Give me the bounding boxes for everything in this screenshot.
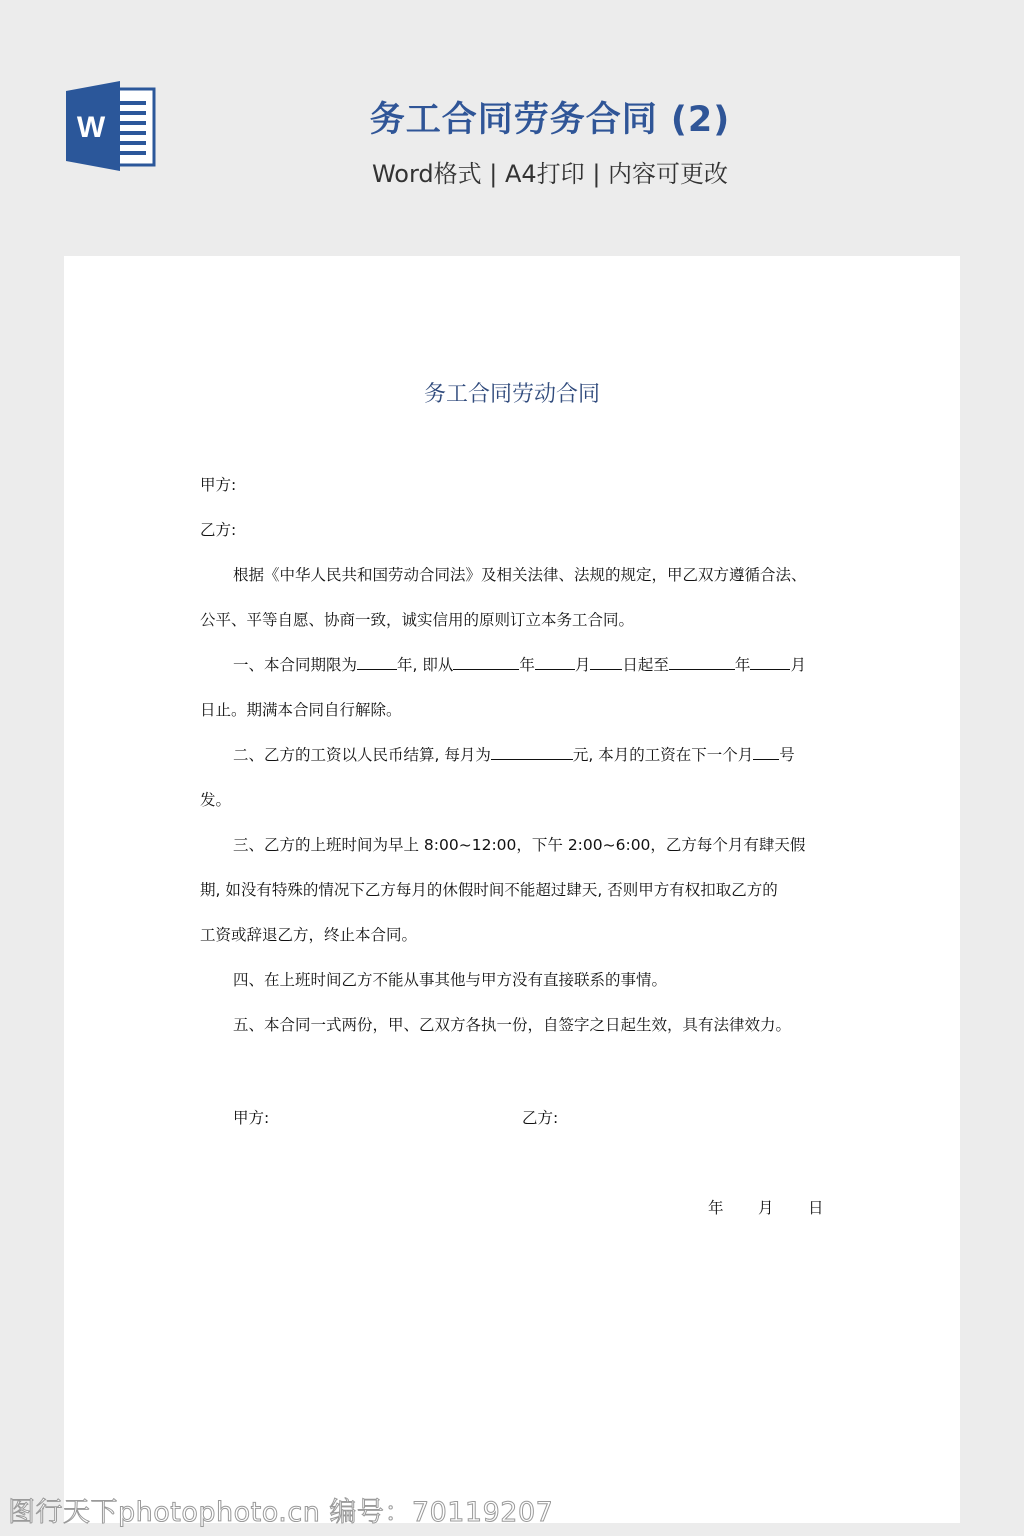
clause-1-text: 日起至 — [622, 656, 669, 674]
clause-1-line-2: 日止。期满本合同自行解除。 — [200, 699, 830, 721]
clause-1-text: 一、本合同期限为 — [233, 656, 357, 674]
clause-1-text: 月 — [790, 656, 806, 674]
blank-end-year[interactable] — [669, 655, 735, 670]
blank-pay-day[interactable] — [753, 745, 779, 760]
blank-start-year[interactable] — [453, 655, 519, 670]
document-page: 务工合同劳动合同 甲方: 乙方: 根据《中华人民共和国劳动合同法》及相关法律、法… — [64, 256, 960, 1523]
signature-party-a: 甲方: — [233, 1106, 269, 1128]
clause-1-text: 年, 即从 — [397, 656, 453, 674]
preamble-line-2: 公平、平等自愿、协商一致，诚实信用的原则订立本务工合同。 — [200, 609, 830, 631]
clause-2-text: 二、乙方的工资以人民币结算, 每月为 — [233, 746, 491, 764]
clause-3-line-3: 工资或辞退乙方，终止本合同。 — [200, 924, 830, 946]
blank-end-month[interactable] — [750, 655, 790, 670]
clause-3-line-2: 期, 如没有特殊的情况下乙方每月的休假时间不能超过肆天, 否则甲方有权扣取乙方的 — [200, 879, 830, 901]
party-b-label: 乙方: — [200, 519, 830, 541]
party-a-label: 甲方: — [200, 474, 830, 496]
signature-month: 月 — [758, 1196, 774, 1218]
blank-start-month[interactable] — [535, 655, 575, 670]
watermark-text: 图行天下photophoto.cn 编号：70119207 — [8, 1490, 553, 1529]
blank-term-years[interactable] — [357, 655, 397, 670]
svg-text:W: W — [77, 111, 106, 144]
clause-1: 一、本合同期限为年, 即从年月日起至年月 — [233, 654, 863, 676]
blank-monthly-salary[interactable] — [491, 745, 573, 760]
signature-year: 年 — [708, 1196, 724, 1218]
preamble-line-1: 根据《中华人民共和国劳动合同法》及相关法律、法规的规定，甲乙双方遵循合法、 — [233, 564, 863, 586]
clause-1-text: 年 — [735, 656, 751, 674]
clause-1-text: 月 — [575, 656, 591, 674]
signature-party-b: 乙方: — [522, 1106, 558, 1128]
clause-1-text: 年 — [519, 656, 535, 674]
clause-2-text: 号 — [779, 746, 795, 764]
page-title: 务工合同劳务合同 (2) — [300, 92, 800, 142]
document-title: 务工合同劳动合同 — [64, 377, 960, 408]
blank-start-day[interactable] — [590, 655, 622, 670]
clause-2: 二、乙方的工资以人民币结算, 每月为元, 本月的工资在下一个月号 — [233, 744, 863, 766]
clause-5: 五、本合同一式两份，甲、乙双方各执一份，自签字之日起生效，具有法律效力。 — [233, 1014, 863, 1036]
clause-4: 四、在上班时间乙方不能从事其他与甲方没有直接联系的事情。 — [233, 969, 863, 991]
clause-3-line-1: 三、乙方的上班时间为早上 8:00~12:00，下午 2:00~6:00，乙方每… — [233, 834, 863, 856]
word-document-icon: W — [64, 81, 156, 171]
page-subtitle: Word格式 | A4打印 | 内容可更改 — [300, 154, 800, 189]
clause-2-line-2: 发。 — [200, 789, 830, 811]
clause-2-text: 元, 本月的工资在下一个月 — [573, 746, 753, 764]
signature-day: 日 — [808, 1196, 824, 1218]
